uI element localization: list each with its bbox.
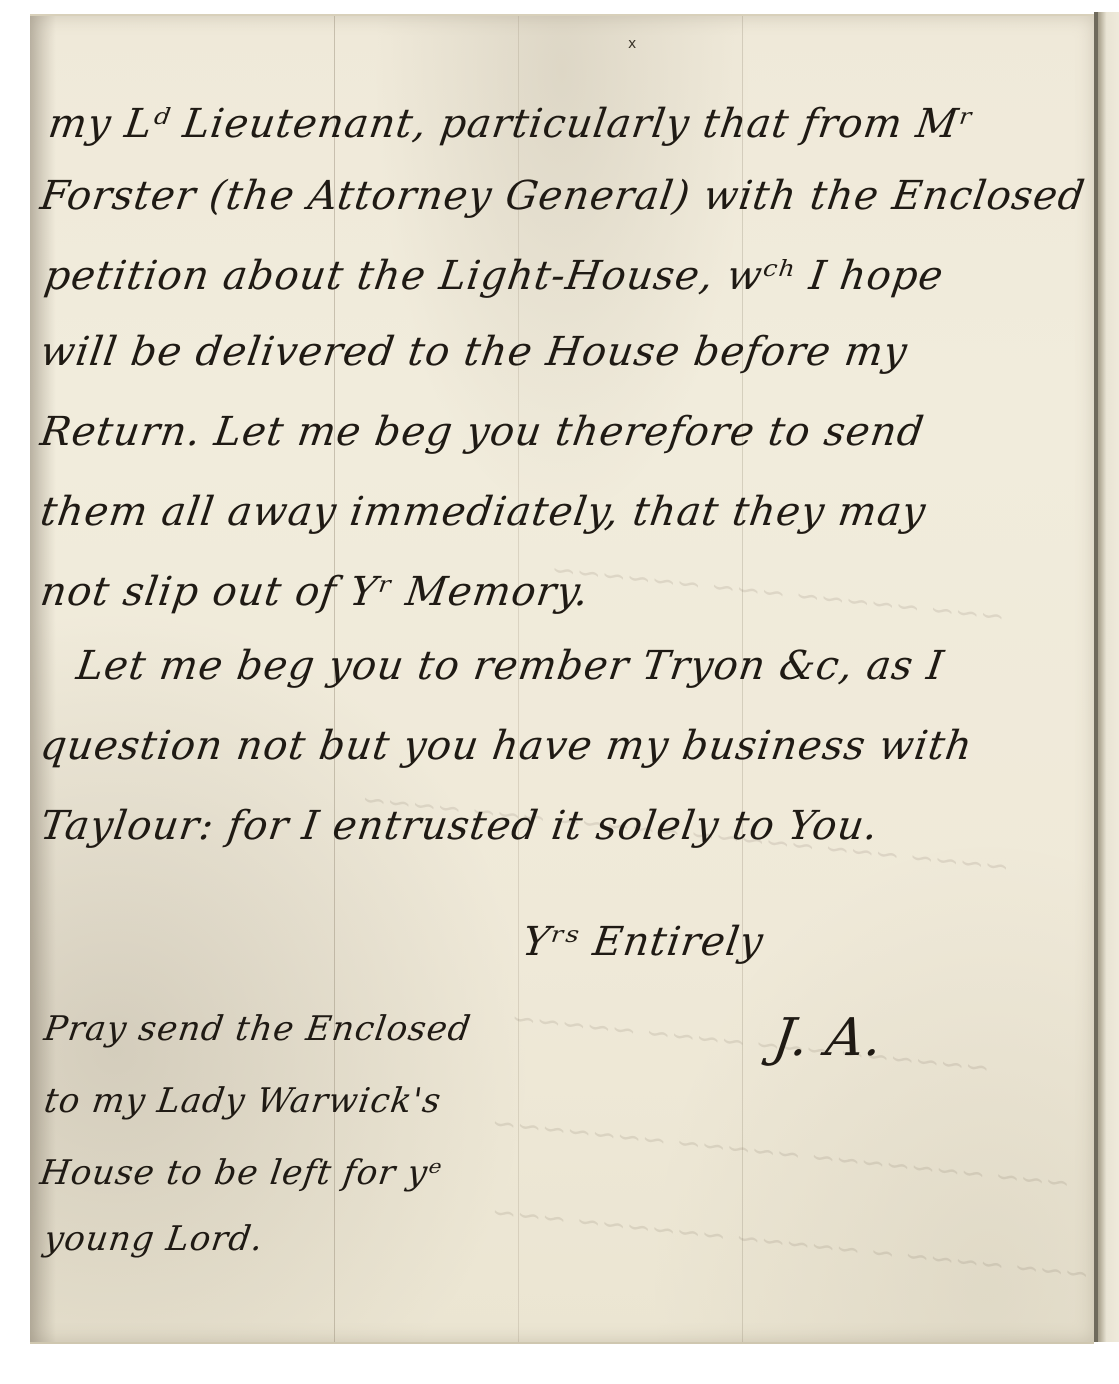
top-mark: x	[628, 36, 636, 52]
postscript-line-4: young Lord.	[42, 1222, 266, 1256]
letter-line-9: question not but you have my business wi…	[38, 726, 975, 766]
letter-line-2: Forster (the Attorney General) with the …	[38, 176, 1088, 216]
letter-line-4: will be delivered to the House before my	[38, 332, 910, 372]
page-gutter-shadow	[1094, 12, 1098, 1342]
postscript-line-2: to my Lady Warwick's	[42, 1084, 444, 1118]
closing: Yʳˢ Entirely	[520, 922, 766, 962]
signature: J. A.	[770, 1012, 886, 1064]
letter-line-8: Let me beg you to rember Tryon &c, as I	[74, 646, 947, 686]
postscript-line-1: Pray send the Enclosed	[42, 1012, 473, 1046]
letter-line-10: Taylour: for I entrusted it solely to Yo…	[38, 806, 881, 846]
adjacent-page-edge	[1094, 12, 1119, 1342]
bleed-through-text: ~~~~~~ ~~~ ~~~~ ~~~~~	[509, 1001, 991, 1086]
letter-line-1: my Lᵈ Lieutenant, particularly that from…	[46, 104, 976, 144]
letter-line-7: not slip out of Yʳ Memory.	[38, 572, 592, 612]
postscript-line-3: House to be left for yᵉ	[38, 1156, 444, 1190]
bleed-through-text: ~~~ ~~~~~ ~~~ ~~~~~~	[549, 552, 1006, 634]
bleed-through-text: ~~~ ~~~~~~~ ~~~~~ ~~~~~~~	[490, 1106, 1072, 1202]
letter-line-6: them all away immediately, that they may	[38, 492, 929, 532]
letter-line-3: petition about the Light-House, wᶜʰ I ho…	[42, 256, 946, 296]
letter-line-5: Return. Let me beg you therefore to send	[38, 412, 927, 452]
bleed-through-text: ~~~ ~~~~ ~ ~~~~~ ~~~~~~ ~~~	[490, 1195, 1091, 1293]
letter-page: ~~~ ~~~~~ ~~~ ~~~~~~ ~~~~ ~~~ ~~~~~ ~~~~…	[30, 14, 1094, 1344]
